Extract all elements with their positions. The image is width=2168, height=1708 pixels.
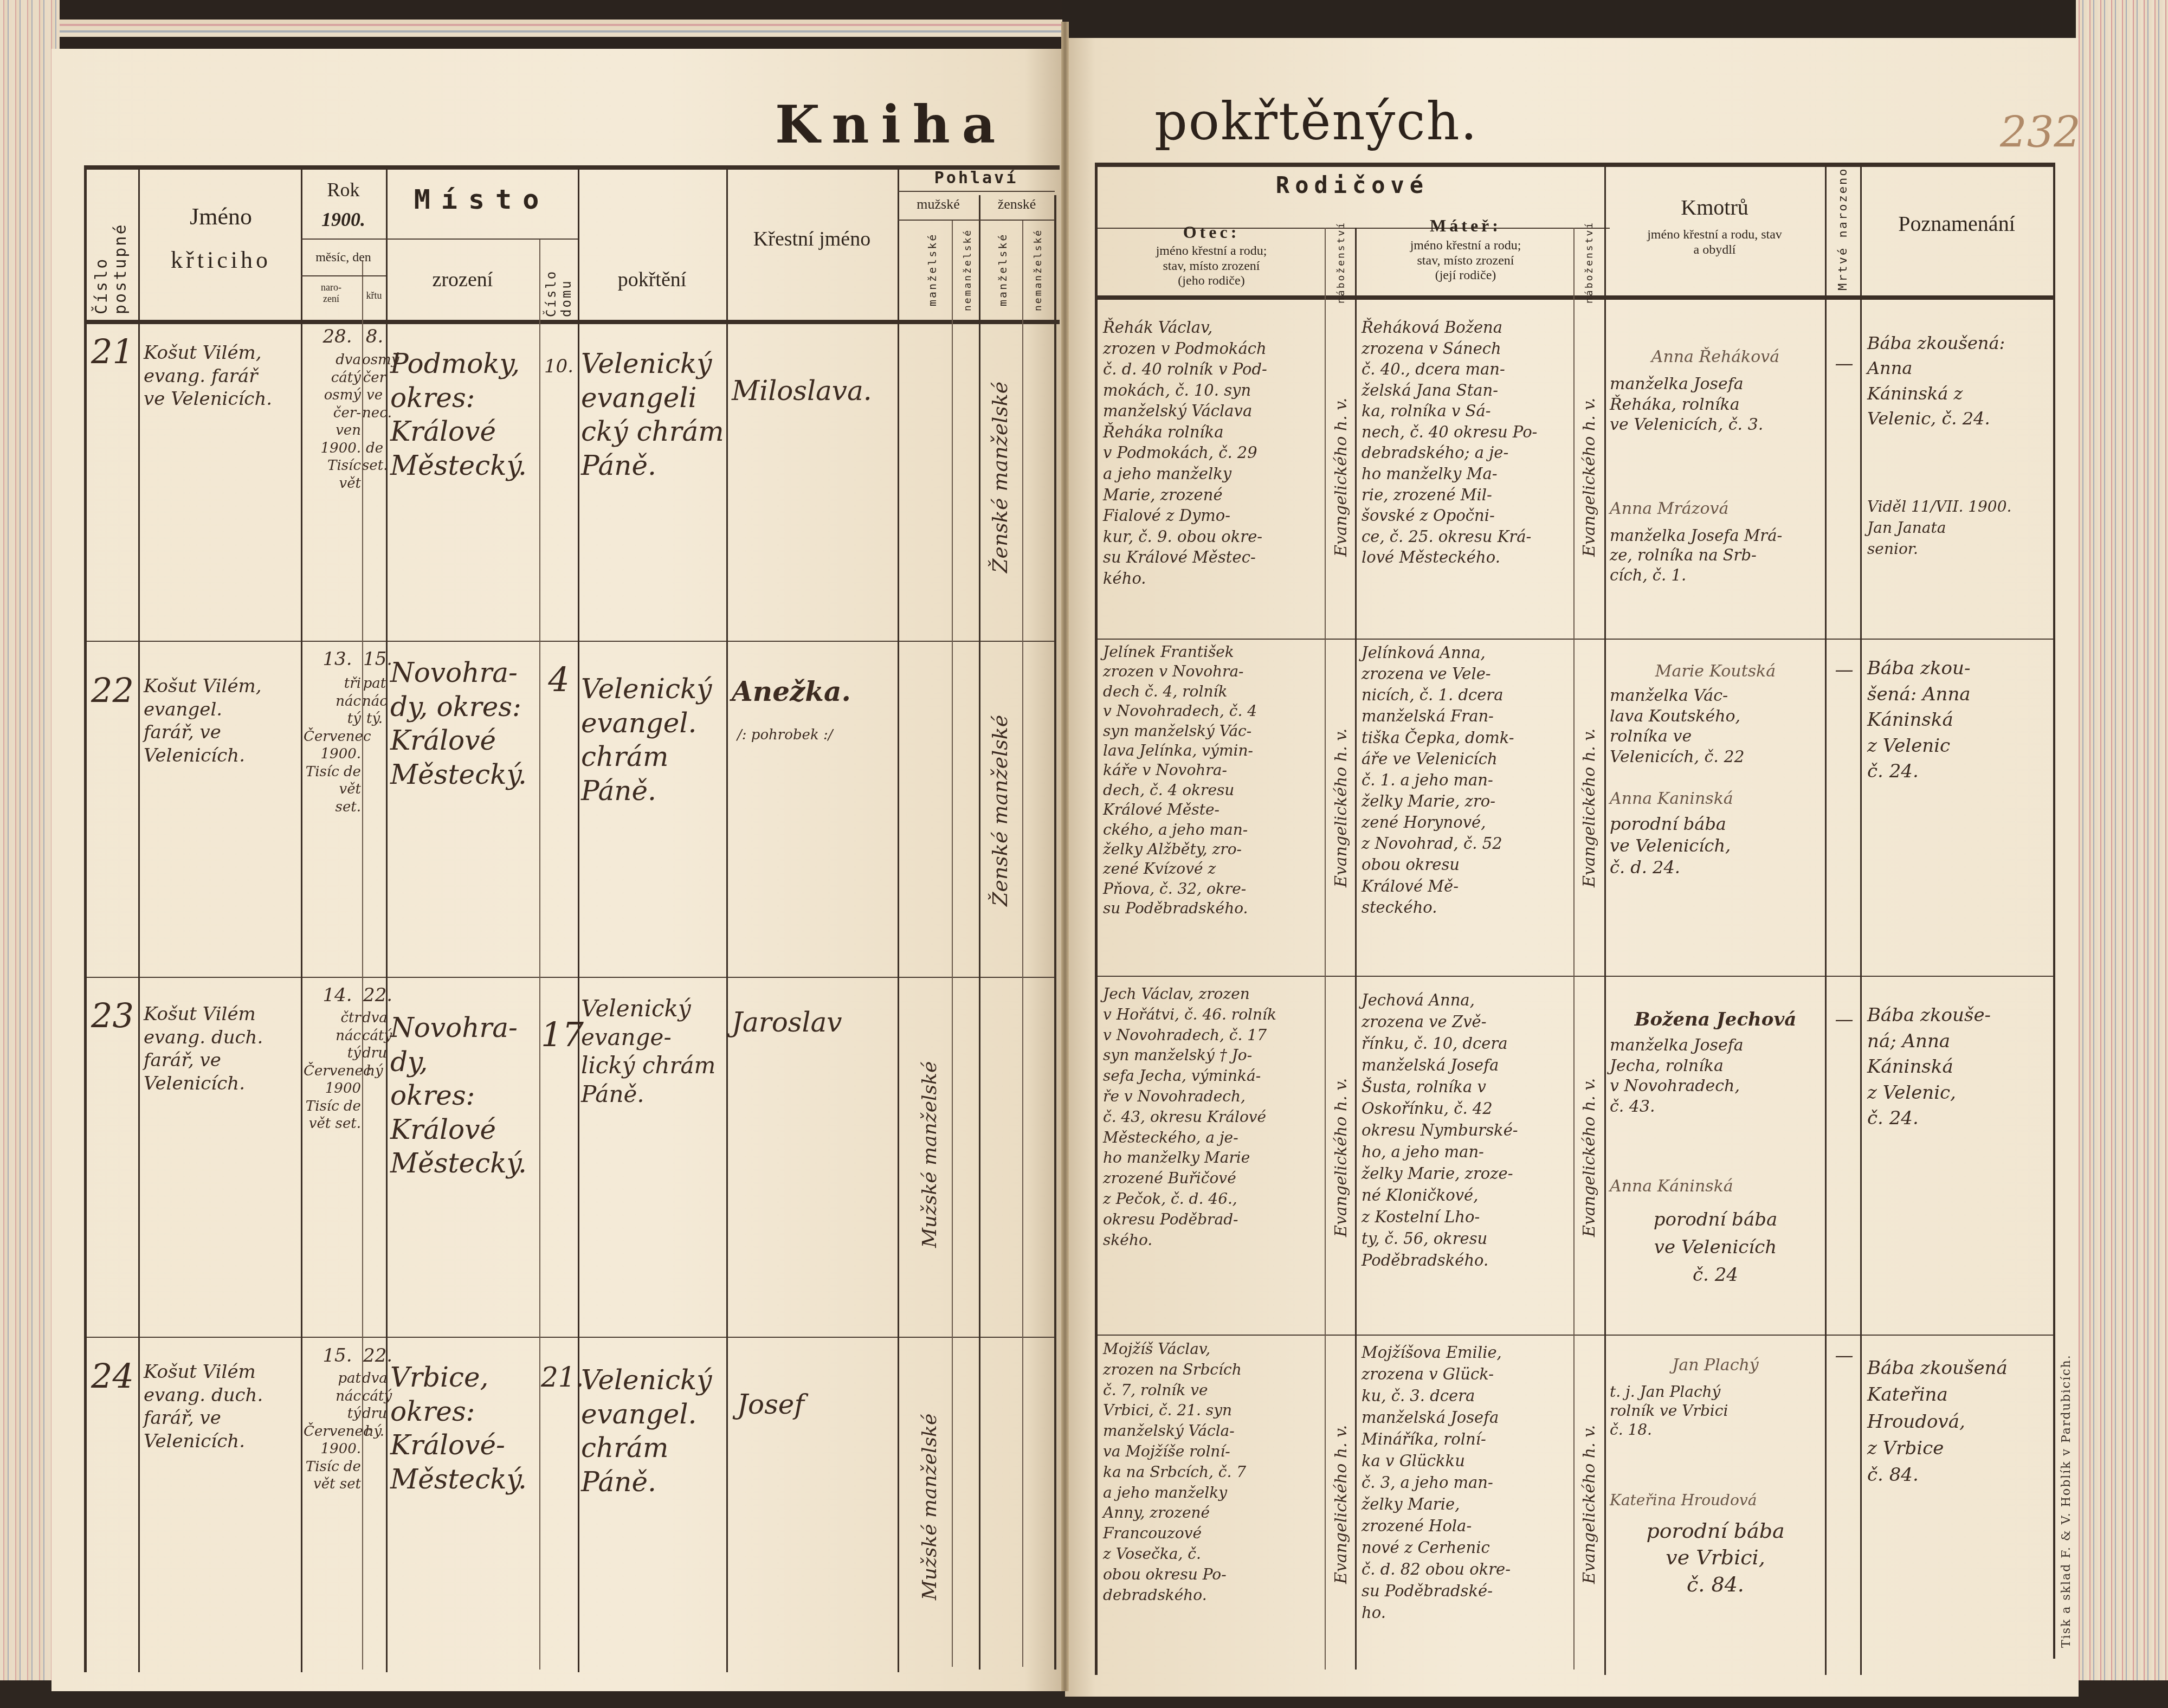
rok-sub-rule	[301, 239, 386, 240]
baptizer: Košut Vilém evang. duch. farář, ve Velen…	[144, 1003, 301, 1095]
col-rule	[979, 195, 980, 1670]
header-kmotru: Kmotrů	[1604, 195, 1825, 220]
mother-details: Jechová Anna, zrozena ve Zvě- řínku, č. …	[1362, 989, 1573, 1271]
stillborn-mark: —	[1829, 1344, 1859, 1368]
birth-day: 15.	[314, 1344, 360, 1368]
godparent-2-name: Anna Mrázová	[1610, 499, 1821, 519]
baptism-date-words: dva cátý dru hý	[362, 1009, 387, 1080]
header-muzske: mužské	[898, 196, 979, 212]
house-number: 21.	[541, 1361, 577, 1395]
row-divider-23-24	[1095, 1335, 2054, 1336]
header-zenske-nemanzelske: nemanželské	[1027, 222, 1049, 317]
header-rok-value: 1900.	[301, 209, 386, 231]
header-krestni-jmeno: Křestní jméno	[726, 228, 898, 252]
page-number: 232	[2000, 108, 2081, 157]
birth-day: 14.	[314, 984, 360, 1007]
col-rule	[1022, 220, 1023, 1667]
entry-number: 21	[87, 331, 138, 373]
mother-details: Jelínková Anna, zrozena ve Vele- nicích,…	[1362, 642, 1573, 918]
place-of-baptism: Velenický evangel. chrám Páně.	[581, 1363, 726, 1499]
entry-number: 22	[87, 669, 138, 712]
header-mater: Máteř:	[1358, 216, 1573, 236]
father-details: Jech Václav, zrozen v Hořátvi, č. 46. ro…	[1103, 984, 1322, 1250]
father-religion: Evangelického h. v.	[1329, 645, 1353, 970]
header-kmotru-desc: jméno křestní a rodu, stav a obydlí	[1604, 228, 1825, 257]
sex-legitimacy: Mužské manželské	[916, 987, 943, 1323]
father-religion: Evangelického h. v.	[1329, 987, 1353, 1328]
baptizer: Košut Vilém, evangel. farář, ve Velenicí…	[144, 675, 301, 767]
left-header-bottom-rule	[84, 320, 1060, 324]
place-of-birth: Novohra- dy, okres: Králové Městecký.	[390, 1011, 539, 1181]
given-name: Anežka.	[732, 675, 894, 709]
godparent-2-name: Kateřina Hroudová	[1610, 1491, 1821, 1510]
place-of-birth: Podmoky, okres: Králové Městecký.	[390, 347, 539, 482]
header-mater-desc: jméno křestní a rodu; stav, místo zrozen…	[1358, 239, 1573, 283]
birth-day: 28.	[314, 325, 360, 349]
godparent-1-name: Marie Koutská	[1610, 661, 1821, 682]
header-cislo-postupne: Číslo postupné	[95, 168, 127, 314]
right-border	[2053, 163, 2055, 1659]
father-details: Řehák Václav, zrozen v Podmokách č. d. 4…	[1103, 317, 1322, 589]
right-table-top-rule	[1095, 163, 2054, 167]
header-muzske-manzelske: manželské	[921, 222, 943, 317]
page-stack-right	[2076, 0, 2168, 1708]
remarks: Bába zkouše- ná; Anna Káninská z Velenic…	[1867, 1003, 2051, 1132]
title-pokrtenych: pokřtěných.	[1154, 92, 1478, 152]
right-header-bottom-rule	[1095, 295, 2054, 300]
entry-number: 24	[87, 1355, 138, 1397]
godparent-1-details: manželka Vác- lava Koutského, rolníka ve…	[1610, 686, 1821, 767]
col-rule	[1573, 228, 1575, 1670]
given-name: Josef	[737, 1388, 894, 1422]
father-details: Mojžíš Václav, zrozen na Srbcích č. 7, r…	[1103, 1339, 1322, 1605]
right-border	[1054, 195, 1056, 1670]
godparent-1-name: Božena Jechová	[1610, 1008, 1821, 1032]
header-cislo-domu: Číslo domu	[541, 241, 577, 317]
header-pokrteni: pokřtění	[578, 268, 726, 292]
book-gutter	[1061, 22, 1069, 1691]
place-of-baptism: Velenický evangeli cký chrám Páně.	[581, 347, 726, 482]
header-otec-desc: jméno křestní a rodu; stav, místo zrozen…	[1098, 244, 1325, 289]
header-pohlavi: Pohlaví	[898, 169, 1055, 188]
birth-date-words: čtr nác tý Červenec 1900 Tisíc de vět se…	[304, 1009, 361, 1133]
misto-sub-rule	[386, 239, 578, 240]
col-rule	[539, 239, 540, 1670]
page-stack-left	[0, 0, 60, 1708]
col-rule	[952, 220, 953, 1667]
header-misto: Místo	[386, 184, 578, 216]
row-divider-21-22	[1095, 639, 2054, 640]
header-jmeno: Jméno	[141, 203, 301, 231]
header-rodicove: Rodičové	[1095, 172, 1610, 198]
godparent-1-details: manželka Josefa Řeháka, rolníka ve Velen…	[1610, 374, 1821, 435]
baptism-day: 22.	[363, 1344, 386, 1368]
baptizer: Košut Vilém, evang. farář ve Velenicích.	[144, 341, 301, 411]
entry-number: 23	[87, 995, 138, 1037]
godparent-2-details: porodní bába ve Velenicích č. 24	[1610, 1206, 1821, 1289]
baptism-day: 22.	[363, 984, 386, 1007]
place-of-baptism: Velenický evange- lický chrám Páně.	[581, 995, 726, 1108]
header-mrtve-narozeno: Mrtvé narozeno	[1829, 165, 1856, 293]
header-narozeni: naro- zení	[301, 282, 361, 304]
header-mater-nabozenstvi: náboženství	[1577, 230, 1601, 294]
father-religion: Evangelického h. v.	[1329, 1342, 1353, 1667]
row-divider-22-23	[1095, 976, 2054, 977]
header-zenske: ženské	[979, 196, 1055, 212]
col-rule	[138, 165, 140, 1672]
mother-religion: Evangelického h. v.	[1577, 320, 1601, 634]
col-rule	[301, 165, 302, 1672]
mother-details: Řeháková Božena zrozena v Sánech č. 40.,…	[1362, 317, 1573, 568]
left-border	[1095, 163, 1098, 1675]
given-name: Miloslava.	[732, 374, 894, 408]
baptism-date-words: osmý čer ve nec. de set.	[362, 351, 387, 475]
col-rule	[1604, 163, 1606, 1675]
given-name: Jaroslav	[732, 1006, 894, 1040]
stillborn-mark: —	[1829, 1008, 1859, 1032]
birth-date-words: tři nác tý Červenec 1900. Tisíc de vět s…	[304, 675, 361, 816]
pohlavi-sub-rule	[898, 220, 1055, 221]
left-border	[84, 165, 87, 1672]
godparent-2-details: porodní bába ve Vrbici, č. 84.	[1610, 1518, 1821, 1598]
header-mesic-den: měsíc, den	[301, 250, 386, 266]
place-of-birth: Novohra- dy, okres: Králové Městecký.	[390, 656, 539, 791]
mother-religion: Evangelického h. v.	[1577, 1342, 1601, 1667]
rok-sub-rule	[301, 275, 386, 276]
mother-details: Mojžíšova Emilie, zrozena v Glück- ku, č…	[1362, 1342, 1573, 1623]
father-religion: Evangelického h. v.	[1329, 320, 1353, 634]
godparent-1-name: Anna Řeháková	[1610, 347, 1821, 368]
row-divider-23-24	[84, 1337, 1054, 1338]
remarks: Bába zkoušená: Anna Káninská z Velenic, …	[1867, 331, 2051, 431]
col-rule	[1825, 163, 1827, 1675]
header-zrozeni: zrození	[386, 268, 539, 292]
godparent-1-details: t. j. Jan Plachý rolník ve Vrbici č. 18.	[1610, 1382, 1821, 1439]
godparent-2-details: porodní bába ve Velenicích, č. d. 24.	[1610, 813, 1821, 878]
header-otec: Otec:	[1098, 222, 1325, 242]
sex-legitimacy: Mužské manželské	[916, 1344, 943, 1670]
stillborn-mark: —	[1829, 352, 1859, 376]
godparent-2-details: manželka Josefa Mrá- ze, rolníka na Srb-…	[1610, 526, 1821, 585]
header-krtu: křtu	[362, 290, 386, 301]
place-of-birth: Vrbice, okres: Králové- Městecký.	[390, 1361, 539, 1496]
house-number: 4	[541, 659, 577, 701]
page-stack-top	[0, 0, 1062, 51]
stillborn-mark: —	[1829, 659, 1859, 682]
birth-date-words: dva cátý osmý čer- ven 1900. Tisíc vět	[304, 351, 361, 492]
row-divider-22-23	[84, 977, 1054, 978]
col-rule	[898, 165, 899, 1672]
title-kniha: Kniha	[775, 95, 1007, 155]
baptism-day: 8.	[363, 325, 386, 349]
col-rule	[726, 165, 728, 1672]
godparent-2-name: Anna Kaninská	[1610, 789, 1821, 809]
father-details: Jelínek František zrozen v Novohra- dech…	[1103, 642, 1322, 918]
remarks: Bába zkoušená Kateřina Hroudová, z Vrbic…	[1867, 1355, 2051, 1488]
given-name-note: /: pohrobek :/	[737, 726, 894, 744]
baptism-day: 15.	[363, 648, 386, 671]
mother-religion: Evangelického h. v.	[1577, 645, 1601, 970]
sex-legitimacy: Ženské manželské	[986, 650, 1014, 970]
sex-legitimacy: Ženské manželské	[986, 325, 1014, 629]
baptizer: Košut Vilém evang. duch. farář, ve Velen…	[144, 1361, 301, 1453]
row-divider-21-22	[84, 641, 1054, 642]
col-rule	[1325, 228, 1326, 1670]
godparent-1-details: manželka Josefa Jecha, rolníka v Novohra…	[1610, 1035, 1821, 1117]
baptism-date-words: pat nác tý.	[362, 675, 387, 728]
header-muzske-nemanzelske: nemanželské	[957, 222, 978, 317]
remarks: Bába zkou- šená: Anna Káninská z Velenic…	[1867, 656, 2051, 785]
header-poznamenani: Poznamenání	[1860, 211, 2053, 236]
godparent-1-name: Jan Plachý	[1610, 1355, 1821, 1376]
birth-date-words: pat nác tý Červenec 1900. Tisíc de vět s…	[304, 1370, 361, 1493]
col-rule	[578, 165, 579, 1672]
godparent-2-name: Anna Káninská	[1610, 1176, 1821, 1197]
header-zenske-manzelske: manželské	[992, 222, 1014, 317]
header-rok: Rok	[301, 179, 386, 201]
remarks-visitation: Viděl 11/VII. 1900. Jan Janata senior.	[1867, 496, 2051, 560]
printer-imprint: Tisk a sklad F. & V. Hoblík v Pardubicíc…	[2060, 1344, 2076, 1648]
header-otec-nabozenstvi: náboženství	[1329, 230, 1353, 294]
mother-religion: Evangelického h. v.	[1577, 987, 1601, 1328]
col-rule	[1355, 228, 1357, 1670]
house-number: 17	[541, 1014, 577, 1056]
house-number: 10.	[541, 355, 577, 378]
col-rule	[1860, 163, 1862, 1675]
header-krticiho: křticiho	[141, 247, 301, 274]
pohlavi-sub-rule	[898, 191, 1055, 192]
place-of-baptism: Velenický evangel. chrám Páně.	[581, 672, 726, 808]
birth-day: 13.	[314, 648, 360, 671]
baptism-date-words: dva cátý dru hý.	[362, 1370, 387, 1440]
